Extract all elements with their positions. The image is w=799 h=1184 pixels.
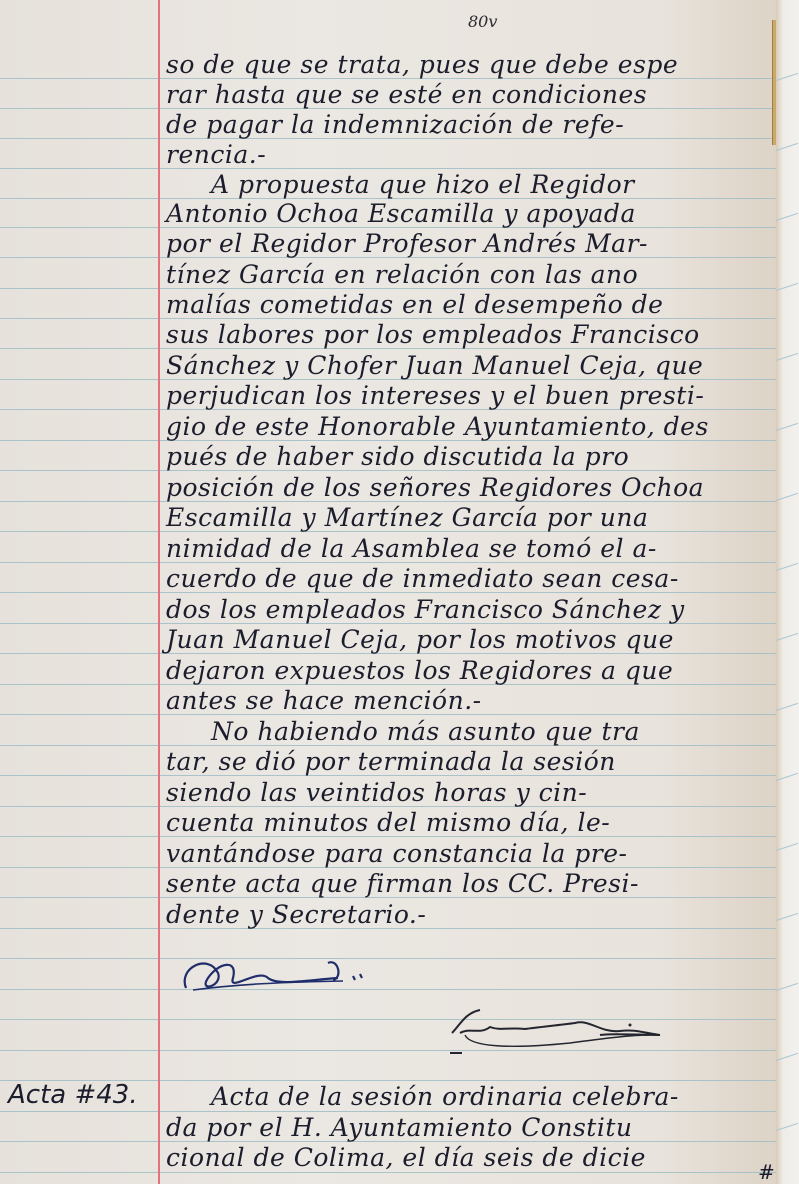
text-line: da por el H. Ayuntamiento Constitu: [166, 1113, 772, 1143]
text-line: dejaron expuestos los Regidores a que: [166, 656, 772, 686]
text-line: Antonio Ochoa Escamilla y apoyada: [166, 199, 772, 229]
text-line: Escamilla y Martínez García por una: [166, 503, 772, 533]
text-line: de pagar la indemnización de refe-: [166, 110, 772, 140]
text-line: pués de haber sido discutida la pro: [166, 442, 772, 472]
acta-number-label: Acta #43.: [8, 1080, 138, 1110]
text-line: dente y Secretario.-: [166, 900, 772, 930]
text-line: so de que se trata, pues que debe espe: [166, 50, 772, 80]
continuation-mark: #: [758, 1160, 775, 1184]
text-line: tínez García en relación con las ano: [166, 260, 772, 290]
text-line: posición de los señores Regidores Ochoa: [166, 473, 772, 503]
text-line: dos los empleados Francisco Sánchez y: [166, 595, 772, 625]
text-line: A propuesta que hizo el Regidor: [166, 170, 772, 200]
page-number: 80v: [468, 12, 497, 31]
signature-scribble-icon: [178, 948, 398, 998]
text-line: Juan Manuel Ceja, por los motivos que: [166, 625, 772, 655]
text-line: antes se hace mención.-: [166, 686, 772, 716]
text-line: siendo las veintidos horas y cin-: [166, 778, 772, 808]
ledger-page: 80v so de que se trata, pues que debe es…: [0, 0, 776, 1184]
text-line: No habiendo más asunto que tra: [166, 717, 772, 747]
adjacent-page-edge: [776, 0, 799, 1184]
text-line: cuerdo de que de inmediato sean cesa-: [166, 564, 772, 594]
text-line: nimidad de la Asamblea se tomó el a-: [166, 534, 772, 564]
text-line: rencia.-: [166, 140, 772, 170]
text-line: cuenta minutos del mismo día, le-: [166, 808, 772, 838]
text-line: Sánchez y Chofer Juan Manuel Ceja, que: [166, 351, 772, 381]
text-line: vantándose para constancia la pre-: [166, 839, 772, 869]
text-line: tar, se dió por terminada la sesión: [166, 747, 772, 777]
signature-scribble-icon: [450, 1005, 680, 1065]
text-line: rar hasta que se esté en condiciones: [166, 80, 772, 110]
text-line: gio de este Honorable Ayuntamiento, des: [166, 412, 772, 442]
text-line: sus labores por los empleados Francisco: [166, 320, 772, 350]
text-line: malías cometidas en el desempeño de: [166, 290, 772, 320]
text-line: Acta de la sesión ordinaria celebra-: [166, 1082, 772, 1112]
text-line: cional de Colima, el día seis de dicie: [166, 1143, 772, 1173]
margin-line: [158, 0, 160, 1184]
text-line: sente acta que firman los CC. Presi-: [166, 869, 772, 899]
text-line: perjudican los intereses y el buen prest…: [166, 381, 772, 411]
text-line: por el Regidor Profesor Andrés Mar-: [166, 229, 772, 259]
